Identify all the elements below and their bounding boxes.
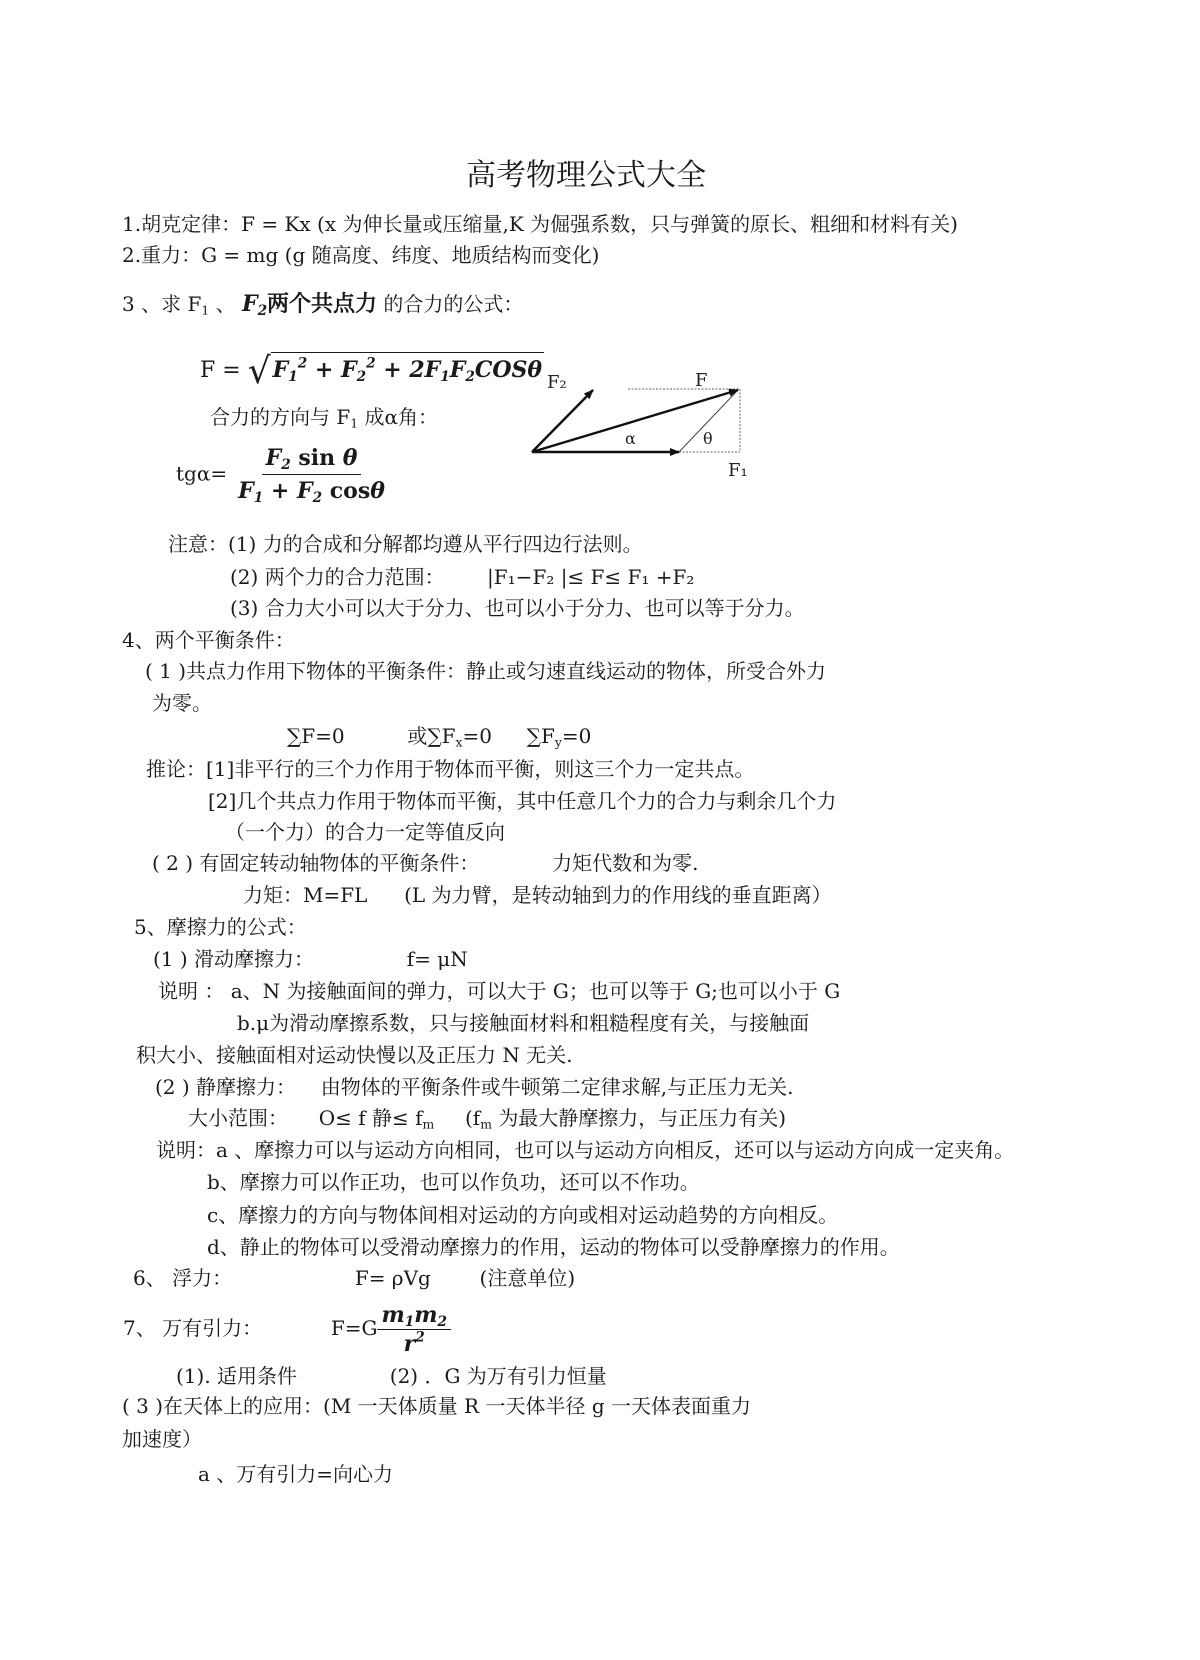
note: (x 为伸长量或压缩量,K 为倔强系数，只与弹簧的原长、粗细和材料有关) xyxy=(317,212,958,236)
condition-text: ( 2 ) 有固定转动轴物体的平衡条件： xyxy=(152,851,479,875)
corollary-label: 推论： xyxy=(146,757,206,781)
resultant-formula: F = √F12 + F22 + 2F1F2COSθ xyxy=(200,352,544,387)
formula: G = mg xyxy=(201,243,278,267)
range-note: 为最大静摩擦力，与正压力有关) xyxy=(498,1106,786,1130)
static-label: (2 ) 静摩擦力： xyxy=(155,1075,296,1099)
corollary-2-cont: （一个力）的合力一定等值反向 xyxy=(225,820,505,844)
label-f1: F₁ xyxy=(728,460,748,481)
page-title: 高考物理公式大全 xyxy=(466,158,706,194)
sliding-formula: f= μN xyxy=(407,947,468,971)
note: (注意单位) xyxy=(480,1266,576,1290)
formula: F = Kx xyxy=(241,212,311,236)
equation-sum-fy: ∑F xyxy=(527,724,555,748)
note-text: (2) 两个力的合力范围： xyxy=(230,565,445,589)
note-1: 注意：(1) 力的合成和分解都均遵从平行四边行法则。 xyxy=(168,532,643,556)
item-2: (2) ．G 为万有引力恒量 xyxy=(390,1364,607,1388)
corollary-1: 推论：[1]非平行的三个力作用于物体而平衡，则这三个力一定共点。 xyxy=(146,757,754,781)
heading-bold: 两个共点力 xyxy=(267,291,377,317)
section-resultant-heading: 3 、求 F1 、 F2两个共点力 的合力的公式： xyxy=(122,292,523,316)
gravitation-item-3a: a 、万有引力=向心力 xyxy=(198,1462,393,1486)
section-equilibrium-heading: 4、两个平衡条件： xyxy=(122,628,295,652)
friction-note-b: b、摩擦力可以作正功，也可以作负功，还可以不作功。 xyxy=(207,1170,700,1194)
label-f: F xyxy=(695,370,708,391)
gravitation-item-3-cont: 加速度） xyxy=(122,1427,202,1451)
separator: 、 xyxy=(216,292,236,316)
equation-sum-fx: 或∑F xyxy=(407,724,455,748)
static-friction-range: 大小范围： O≤ f 静≤ fm (fm 为最大静摩擦力，与正压力有关) xyxy=(188,1106,786,1130)
note: (g 随高度、纬度、地质结构而变化) xyxy=(285,243,600,267)
heading-text-post: 的合力的公式： xyxy=(383,292,523,316)
friction-note-d: d、静止的物体可以受滑动摩擦力的作用，运动的物体可以受静摩擦力的作用。 xyxy=(207,1235,900,1259)
note-3: (3) 合力大小可以大于分力、也可以小于分力、也可以等于分力。 xyxy=(230,596,805,620)
corollary-text: [1]非平行的三个力作用于物体而平衡，则这三个力一定共点。 xyxy=(206,757,754,781)
range-formula: O≤ f 静≤ f xyxy=(319,1106,423,1130)
corollary-2: [2]几个共点力作用于物体而平衡，其中任意几个力的合力与剩余几个力 xyxy=(208,789,836,813)
explain-label: 说明 ： xyxy=(158,979,224,1003)
range-label: 大小范围： xyxy=(188,1106,288,1130)
condition-result: 力矩代数和为零. xyxy=(552,851,698,875)
notes-label: 说明： xyxy=(156,1138,216,1162)
direction-post: 成α角： xyxy=(364,405,438,429)
resultant-range: |F₁−F₂ |≤ F≤ F₁ +F₂ xyxy=(487,565,694,589)
section-label: 6、 浮力： xyxy=(133,1266,232,1290)
notes-label: 注意： xyxy=(168,532,228,556)
gravitation-item-1-2: (1). 适用条件 (2) ．G 为万有引力恒量 xyxy=(176,1364,607,1388)
sliding-label: (1 ) 滑动摩擦力： xyxy=(153,947,314,971)
section-gravity: 2.重力：G = mg (g 随高度、纬度、地质结构而变化) xyxy=(122,243,599,267)
section-hooke-law: 1.胡克定律：F = Kx (x 为伸长量或压缩量,K 为倔强系数，只与弹簧的原… xyxy=(122,212,958,236)
note-text: a 、摩擦力可以与运动方向相同，也可以与运动方向相反，还可以与运动方向成一定夹角… xyxy=(216,1138,1014,1162)
section-label: 1.胡克定律： xyxy=(122,212,241,236)
equation-sum-f: ∑F=0 xyxy=(287,724,345,748)
equilibrium-condition-1-cont: 为零。 xyxy=(152,691,212,715)
formula-lhs: F=G xyxy=(331,1316,378,1340)
sliding-friction: (1 ) 滑动摩擦力： f= μN xyxy=(153,947,468,971)
sliding-explain-b: b.μ为滑动摩擦系数，只与接触面材料和粗糙程度有关，与接触面 xyxy=(237,1011,809,1035)
note-text: (1) 力的合成和分解都均遵从平行四边行法则。 xyxy=(228,532,643,556)
static-friction: (2 ) 静摩擦力： 由物体的平衡条件或牛顿第二定律求解,与正压力无关. xyxy=(155,1075,793,1099)
section-buoyancy: 6、 浮力： F= ρVg (注意单位) xyxy=(133,1266,575,1290)
sliding-explain-b-cont: 积大小、接触面相对运动快慢以及正压力 N 无关. xyxy=(136,1043,573,1067)
equilibrium-condition-1: ( 1 )共点力作用下物体的平衡条件：静止或匀速直线运动的物体，所受合外力 xyxy=(145,659,826,683)
equilibrium-condition-2: ( 2 ) 有固定转动轴物体的平衡条件： 力矩代数和为零. xyxy=(152,851,698,875)
section-label: 7、 万有引力： xyxy=(123,1316,262,1340)
formula-lhs: F = xyxy=(200,358,241,383)
direction-pre: 合力的方向与 F xyxy=(210,405,350,429)
range-note-pre: (f xyxy=(465,1106,480,1130)
friction-note-c: c、摩擦力的方向与物体间相对运动的方向或相对运动趋势的方向相反。 xyxy=(207,1203,838,1227)
static-text: 由物体的平衡条件或牛顿第二定律求解,与正压力无关. xyxy=(321,1075,794,1099)
tan-alpha-formula: tgα= F2 sin θ F1 + F2 cosθ xyxy=(176,444,389,505)
friction-note-a: 说明：a 、摩擦力可以与运动方向相同，也可以与运动方向相反，还可以与运动方向成一… xyxy=(156,1138,1014,1162)
moment-note: (L 为力臂，是转动轴到力的作用线的垂直距离） xyxy=(404,883,831,907)
formula: F= ρVg xyxy=(355,1266,431,1290)
label-alpha: α xyxy=(625,429,636,448)
heading-text: 3 、求 F xyxy=(122,292,201,316)
label-f2: F₂ xyxy=(547,372,567,393)
section-label: 2.重力： xyxy=(122,243,201,267)
formula-lhs: tgα= xyxy=(176,462,227,486)
note-2: (1) 力的合成和分解都均遵从平行四边行法则。(2) 两个力的合力范围： |F₁… xyxy=(230,565,694,589)
sliding-explain-a: 说明 ： a、N 为接触面间的弹力，可以大于 G；也可以等于 G;也可以小于 G xyxy=(158,979,840,1003)
section-friction-heading: 5、摩擦力的公式： xyxy=(134,915,307,939)
section-gravitation: 7、 万有引力： F=G m1m2 r2 xyxy=(123,1303,451,1356)
gravitation-item-3: ( 3 )在天体上的应用：(M 一天体质量 R 一天体半径 g 一天体表面重力 xyxy=(122,1394,751,1418)
moment-eq: 力矩：M=FL xyxy=(243,883,367,907)
moment-formula: 力矩：M=FL (L 为力臂，是转动轴到力的作用线的垂直距离） xyxy=(243,883,832,907)
item-1: (1). 适用条件 xyxy=(176,1364,297,1388)
force-parallelogram-diagram: F₂ F α θ F₁ xyxy=(520,360,820,510)
equilibrium-equations: ∑F=0 或∑Fx=0 ∑Fy=0 xyxy=(287,724,591,748)
label-theta: θ xyxy=(703,429,713,448)
explain-text: a、N 为接触面间的弹力，可以大于 G；也可以等于 G;也可以小于 G xyxy=(231,979,841,1003)
direction-text: 合力的方向与 F1 成α角： xyxy=(210,405,438,429)
